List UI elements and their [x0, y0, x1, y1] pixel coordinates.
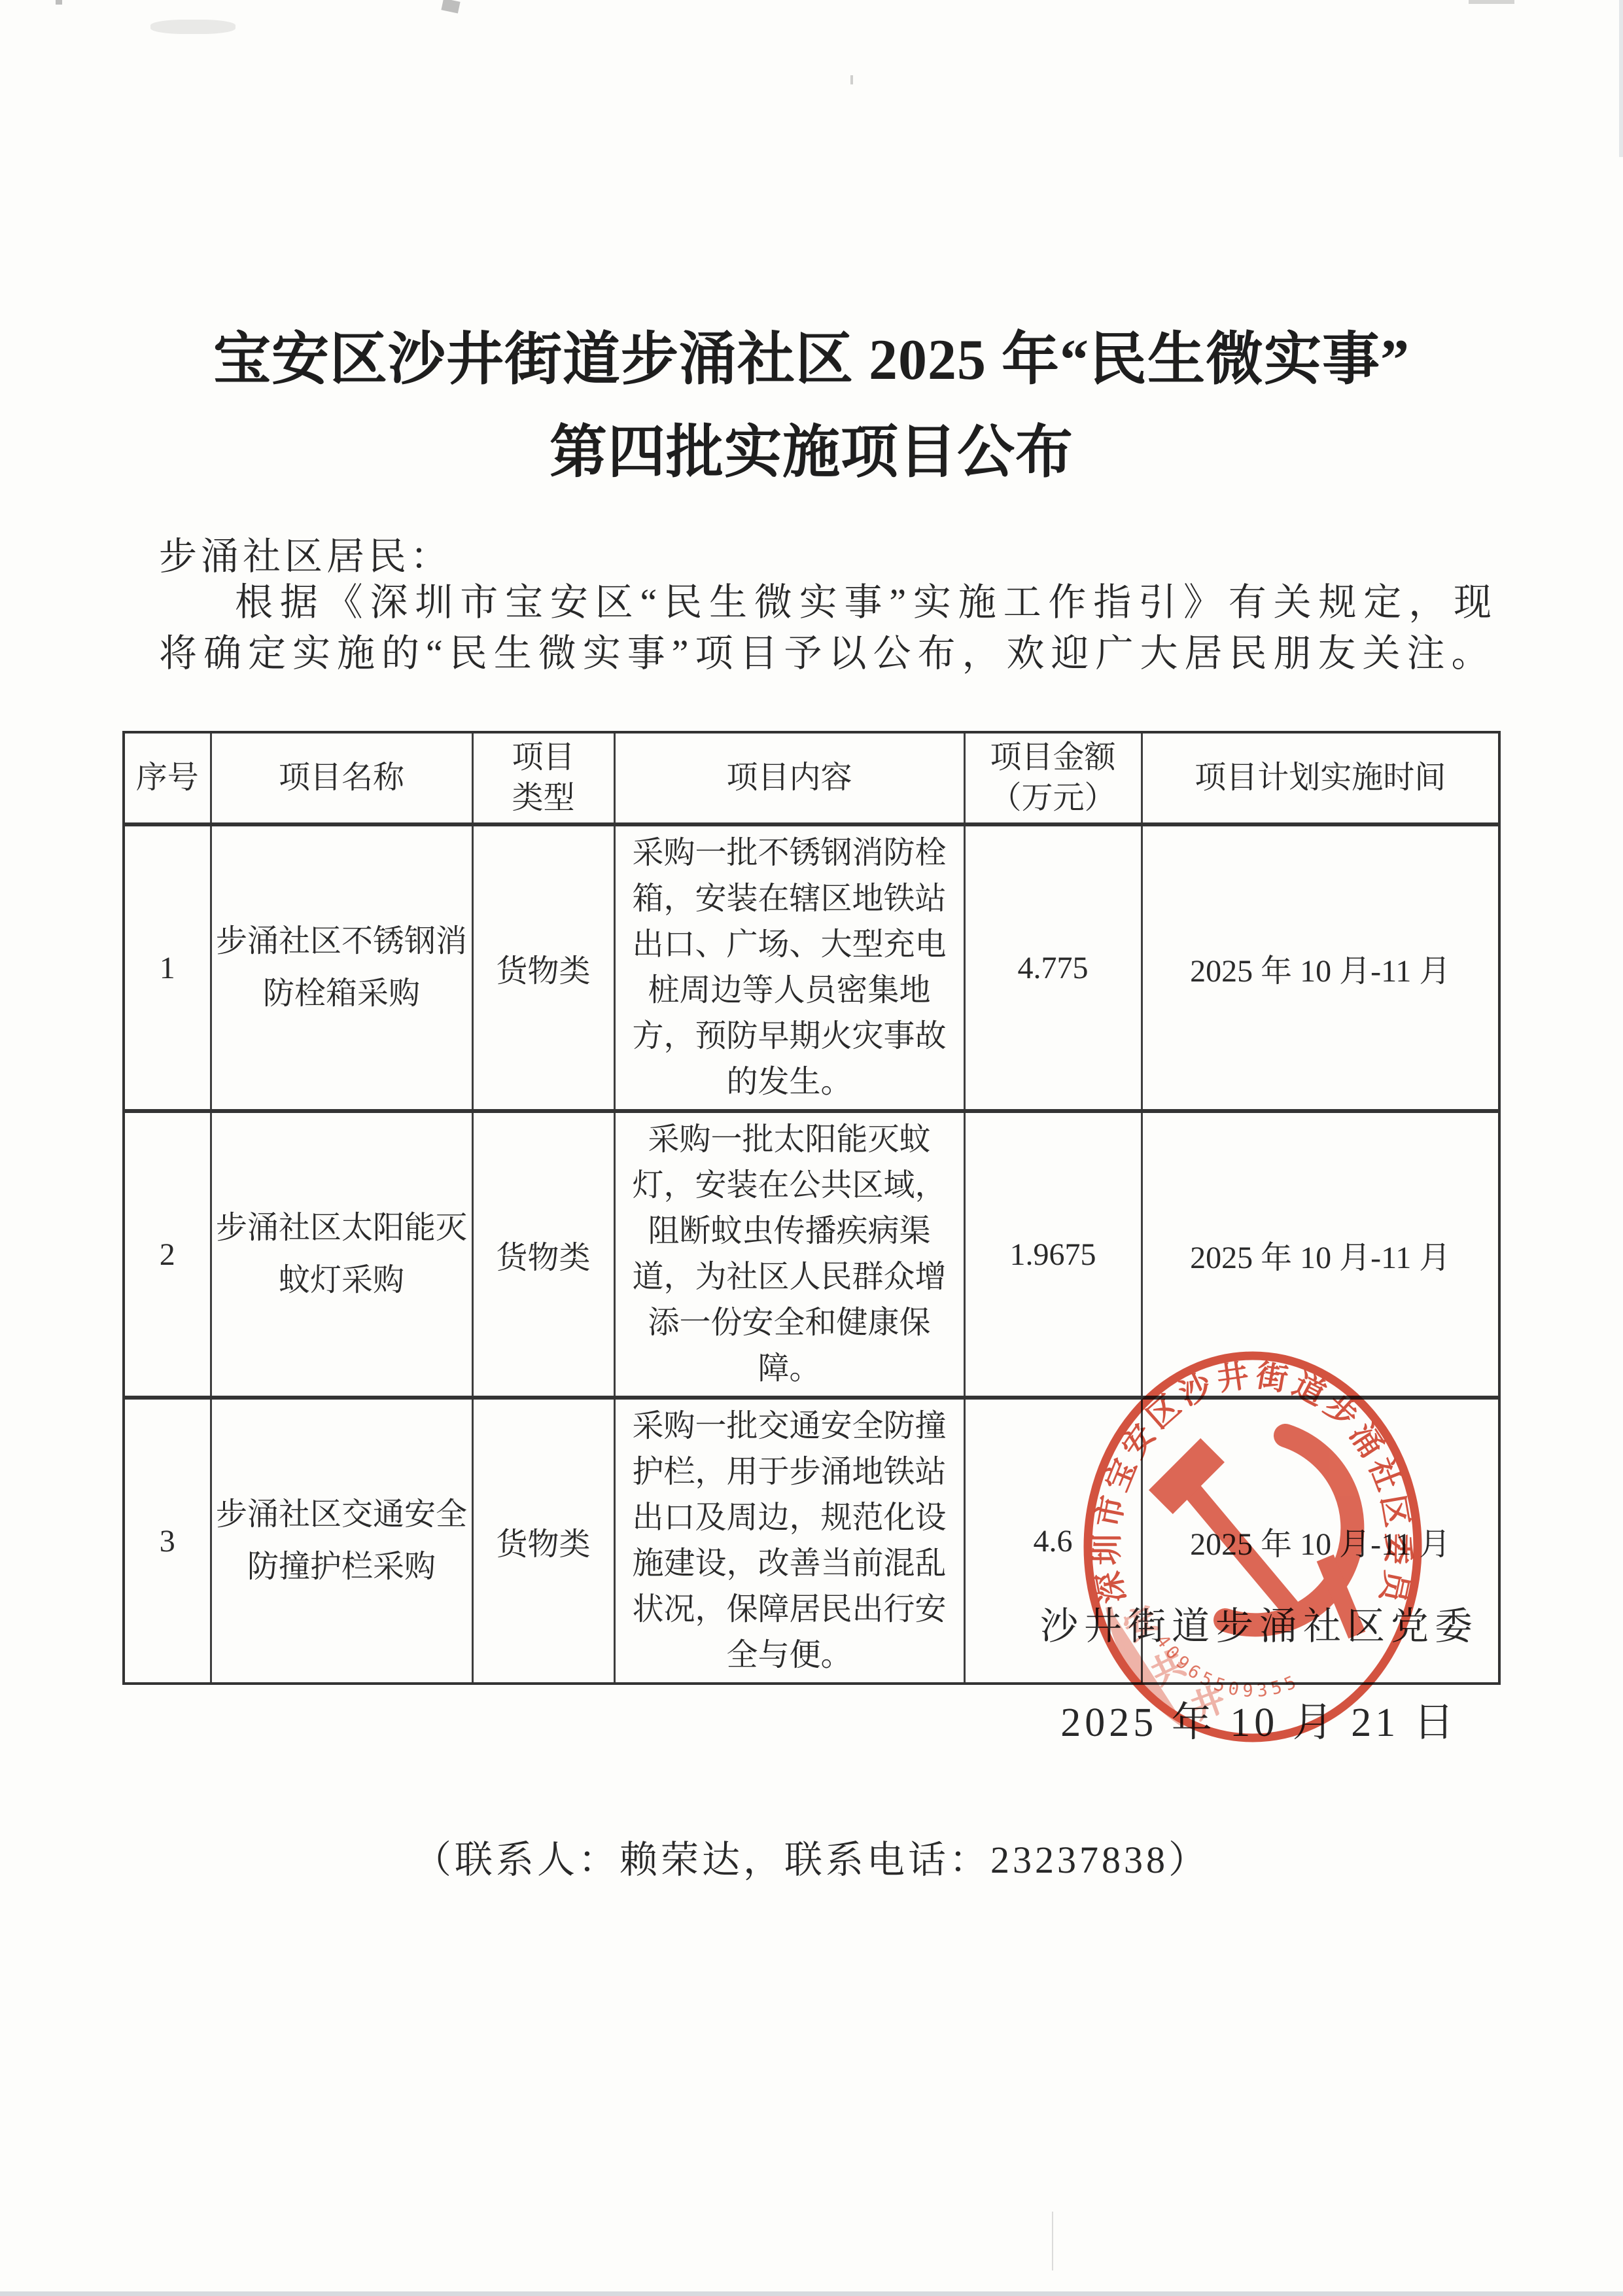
hammer-sickle-icon [1149, 1436, 1353, 1627]
hammer-handle [1183, 1479, 1284, 1600]
col-header-content: 项目内容 [614, 732, 964, 824]
doc-title-line1: 宝安区沙井街道步涌社区 2025 年“民生微实事” [0, 314, 1623, 407]
scan-speck [441, 0, 460, 14]
document-page: 宝安区沙井街道步涌社区 2025 年“民生微实事” 第四批实施项目公布 步涌社区… [0, 0, 1623, 2296]
salutation: 步涌社区居民： [159, 525, 452, 580]
cell-content: 采购一批交通安全防撞护栏，用于步涌地铁站出口及周边，规范化设施建设，改善当前混乱… [614, 1398, 964, 1684]
cell-index: 2 [124, 1111, 211, 1398]
cell-name: 步涌社区太阳能灭蚊灯采购 [211, 1111, 472, 1398]
seal-arc-text-holder: 深圳市宝安区沙井街道步涌社区委员会 [1075, 1345, 1415, 1610]
seal-ghost-marks: 安 共 井 [1109, 1599, 1230, 1726]
official-seal: 深圳市宝安区沙井街道步涌社区委员会 40965509355 安 共 井 [1075, 1345, 1431, 1748]
table-header-row: 序号 项目名称 项目 类型 项目内容 项目金额 （万元） 项目计划实施时间 [124, 732, 1499, 824]
scan-smudge [150, 20, 236, 34]
cell-index: 1 [124, 824, 211, 1111]
contact-line: （联系人：赖荣达，联系电话：23237838） [0, 1829, 1623, 1884]
cell-type: 货物类 [472, 824, 614, 1111]
cell-type: 货物类 [472, 1111, 614, 1398]
doc-title-line2: 第四批实施项目公布 [0, 407, 1623, 500]
scan-edge [1619, 0, 1623, 157]
col-header-name: 项目名称 [211, 732, 472, 824]
scan-scratch [1052, 2212, 1053, 2270]
cell-type: 货物类 [472, 1398, 614, 1684]
cell-content: 采购一批不锈钢消防栓箱，安装在辖区地铁站出口、广场、大型充电桩周边等人员密集地方… [614, 824, 964, 1111]
scan-edge [0, 2291, 1623, 2296]
scan-speck [56, 0, 62, 5]
cell-content: 采购一批太阳能灭蚊灯，安装在公共区域，阻断蚊虫传播疾病渠道，为社区人民群众增添一… [614, 1111, 964, 1398]
scan-speck [850, 75, 853, 84]
scan-speck [1469, 0, 1514, 4]
seal-arc-text: 深圳市宝安区沙井街道步涌社区委员会 [1075, 1345, 1415, 1610]
cell-index: 3 [124, 1398, 211, 1684]
doc-title: 宝安区沙井街道步涌社区 2025 年“民生微实事” 第四批实施项目公布 [0, 314, 1623, 500]
table-row: 1 步涌社区不锈钢消防栓箱采购 货物类 采购一批不锈钢消防栓箱，安装在辖区地铁站… [124, 824, 1499, 1111]
cell-schedule: 2025 年 10 月-11 月 [1142, 824, 1499, 1111]
col-header-index: 序号 [124, 732, 211, 824]
cell-name: 步涌社区不锈钢消防栓箱采购 [211, 824, 472, 1111]
col-header-schedule: 项目计划实施时间 [1142, 732, 1499, 824]
cell-amount: 4.775 [964, 824, 1142, 1111]
cell-name: 步涌社区交通安全防撞护栏采购 [211, 1398, 472, 1684]
col-header-amount: 项目金额 （万元） [964, 732, 1142, 824]
intro-paragraph: 根据《深圳市宝安区“民生微实事”实施工作指引》有关规定，现将确定实施的“民生微实… [159, 577, 1498, 679]
col-header-type: 项目 类型 [472, 732, 614, 824]
